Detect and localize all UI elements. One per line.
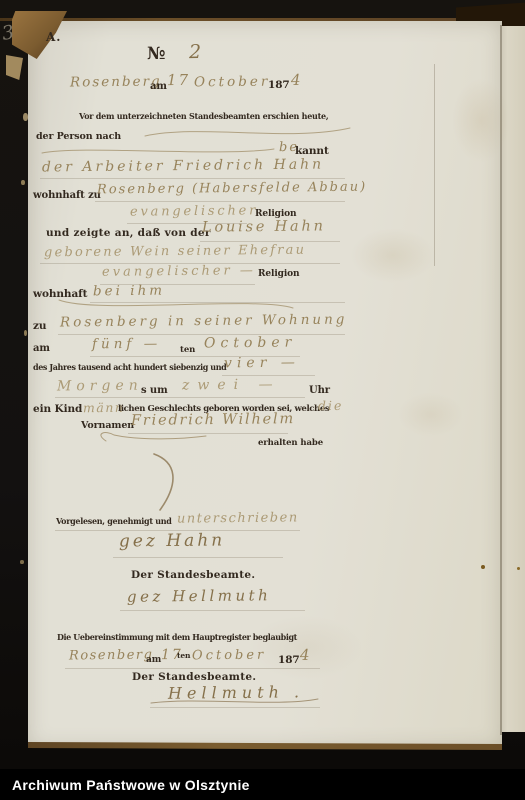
declarant-signature: gez Hahn bbox=[119, 530, 225, 551]
date-month-written: October bbox=[194, 74, 270, 91]
cert-date-month-written: October bbox=[192, 648, 266, 664]
kannt-printed: kannt bbox=[295, 145, 329, 157]
mother-name-written: Louise Hahn bbox=[202, 218, 326, 235]
form-rule-line bbox=[90, 302, 345, 303]
religion-written: evangelischer bbox=[130, 203, 258, 219]
form-rule-line bbox=[120, 610, 305, 611]
archive-watermark-bar: Archiwum Państwowe w Olsztynie bbox=[0, 769, 525, 800]
des-jahres-line: des Jahres tausend acht hundert siebenzi… bbox=[33, 362, 226, 372]
religion-label: Religion bbox=[258, 269, 300, 279]
date-year-printed: 187 bbox=[268, 79, 290, 91]
time-value-written: zwei — bbox=[182, 376, 281, 393]
residence-written: Rosenberg (Habersfelde Abbau) bbox=[97, 180, 367, 198]
form-rule-line bbox=[150, 707, 320, 708]
paper-stain bbox=[398, 392, 463, 437]
am-label: am bbox=[33, 343, 50, 354]
record-number-value: 2 bbox=[189, 41, 203, 63]
time-of-day-written: Morgen bbox=[57, 378, 143, 395]
mother-birthname-written: geborene Wein seiner Ehefrau bbox=[44, 243, 306, 261]
paper-stain bbox=[350, 228, 435, 283]
date-day-written: 17 bbox=[167, 71, 190, 89]
ein-kind-label: ein Kind bbox=[33, 403, 82, 415]
date-am-label: am bbox=[150, 81, 167, 92]
child-names-written: Friedrich Wilhelm bbox=[131, 411, 295, 429]
vorgelesen-line: Vorgelesen, genehmigt und bbox=[56, 516, 172, 526]
archive-name-label: Archiwum Państwowe w Olsztynie bbox=[12, 777, 250, 793]
ink-spot bbox=[517, 567, 520, 570]
birth-year-written: vier — bbox=[224, 355, 300, 372]
paper-stain bbox=[452, 78, 510, 163]
birth-day-written: fünf — bbox=[92, 336, 161, 353]
date-year-written: 4 bbox=[291, 71, 303, 89]
cert-date-ten-label: ten bbox=[177, 651, 190, 660]
record-number-label: № bbox=[147, 44, 165, 64]
form-rule-line bbox=[58, 334, 345, 335]
registrar-label: Der Standesbeamte. bbox=[131, 569, 255, 581]
page-bottom-edge bbox=[28, 742, 502, 750]
certification-line: Die Uebereinstimmung mit dem Hauptregist… bbox=[57, 632, 297, 642]
registrar-signature-final: Hellmuth . bbox=[168, 682, 304, 702]
register-book-scan: 3 A. № 2 Rosenberg am 17 October 187 4 V… bbox=[0, 0, 525, 800]
zu-label: zu bbox=[33, 320, 46, 332]
ink-spot bbox=[481, 565, 485, 569]
cover-wear-fleck bbox=[21, 180, 25, 185]
unterschrieben-written: unterschrieben bbox=[177, 510, 299, 526]
form-rule-line bbox=[113, 557, 283, 558]
cert-date-year-printed: 187 bbox=[278, 654, 300, 666]
form-intro-line: Vor dem unterzeichneten Standesbeamten e… bbox=[79, 111, 328, 121]
form-rule-line bbox=[65, 668, 320, 669]
form-rule-line bbox=[128, 433, 288, 434]
cover-wear-fleck bbox=[20, 560, 24, 564]
ten-label: ten bbox=[180, 345, 195, 355]
form-person-nach: der Person nach bbox=[36, 131, 121, 142]
wohnhaft-zu-label: wohnhaft zu bbox=[33, 190, 101, 201]
form-corner-letter: A. bbox=[46, 30, 62, 44]
declarant-name-written: der Arbeiter Friedrich Hahn bbox=[42, 157, 324, 176]
cert-date-place-written: Rosenberg bbox=[69, 648, 154, 664]
form-rule-line bbox=[40, 178, 345, 179]
birth-month-written: October bbox=[204, 335, 296, 352]
birth-place-written: Rosenberg in seiner Wohnung bbox=[60, 311, 348, 330]
wohnhaft-value-written: bei ihm bbox=[93, 283, 165, 300]
date-place-written: Rosenberg bbox=[70, 74, 162, 91]
registrar-label: Der Standesbeamte. bbox=[132, 671, 256, 683]
erhalten-habe-label: erhalten habe bbox=[258, 438, 323, 448]
form-rule-line bbox=[95, 201, 345, 202]
religion-label: Religion bbox=[255, 209, 297, 219]
cert-date-year-written: 4 bbox=[300, 646, 312, 664]
zeigte-an-line: und zeigte an, daß von der bbox=[46, 227, 211, 239]
form-rule-line bbox=[55, 397, 305, 398]
page-crease bbox=[434, 64, 435, 266]
uhr-label: Uhr bbox=[309, 385, 330, 396]
religion-written: evangelischer — bbox=[102, 263, 256, 280]
torn-cover-fragment bbox=[6, 55, 23, 80]
registrar-signature: gez Hellmuth bbox=[127, 586, 271, 606]
article-written: die bbox=[318, 398, 344, 413]
cover-wear-fleck bbox=[23, 113, 28, 121]
cover-wear-fleck bbox=[24, 330, 27, 336]
wohnhaft-label: wohnhaft bbox=[33, 288, 87, 300]
s-um-label: s um bbox=[141, 385, 168, 396]
form-rule-line bbox=[200, 241, 340, 242]
cert-date-am-label: am bbox=[146, 655, 161, 665]
vornamen-label: Vornamen bbox=[81, 420, 134, 431]
